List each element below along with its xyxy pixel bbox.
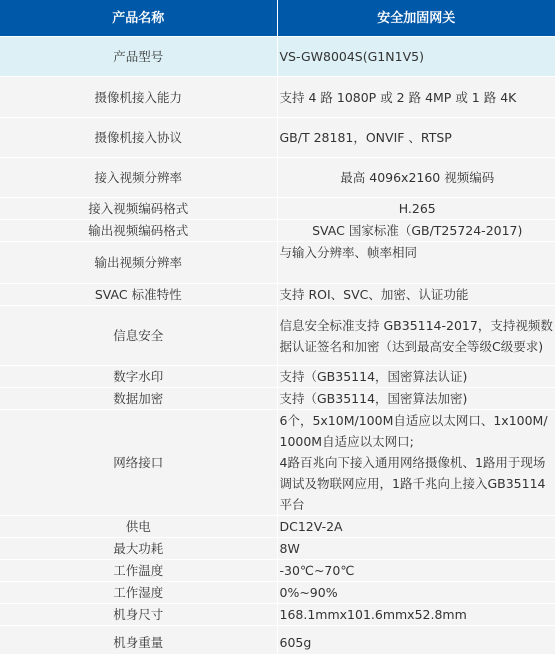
table-row: 工作温度 -30℃~70℃ <box>0 560 555 582</box>
row-value: 支持（GB35114，国密算法认证) <box>277 366 555 388</box>
row-label: 工作湿度 <box>0 582 277 604</box>
row-label: 输出视频编码格式 <box>0 220 277 242</box>
row-label: 网络接口 <box>0 410 277 516</box>
row-label: 工作温度 <box>0 560 277 582</box>
table-row: 数字水印 支持（GB35114，国密算法认证) <box>0 366 555 388</box>
header-product-name: 产品名称 <box>0 0 277 37</box>
table-header-row: 产品名称 安全加固网关 <box>0 0 555 37</box>
row-label: 接入视频编码格式 <box>0 198 277 220</box>
table-row: 接入视频编码格式 H.265 <box>0 198 555 220</box>
row-value: SVAC 国家标准（GB/T25724-2017) <box>277 220 555 242</box>
row-label: 信息安全 <box>0 306 277 366</box>
table-row: SVAC 标准特性 支持 ROI、SVC、加密、认证功能 <box>0 284 555 306</box>
table-row: 产品型号 VS-GW8004S(G1N1V5) <box>0 37 555 77</box>
row-label: 数据加密 <box>0 388 277 410</box>
row-value-line: 6个，5x10M/100M自适应以太网口、1x100M/1000M自适应以太网口… <box>280 410 555 452</box>
row-label: 最大功耗 <box>0 538 277 560</box>
table-row: 摄像机接入协议 GB/T 28181，ONVIF 、RTSP <box>0 118 555 158</box>
row-value: 支持（GB35114，国密算法加密) <box>277 388 555 410</box>
row-value: 支持 ROI、SVC、加密、认证功能 <box>277 284 555 306</box>
row-value: 8W <box>277 538 555 560</box>
row-value: 支持 4 路 1080P 或 2 路 4MP 或 1 路 4K <box>277 77 555 118</box>
table-row: 机身尺寸 168.1mmx101.6mmx52.8mm <box>0 604 555 626</box>
table-row: 最大功耗 8W <box>0 538 555 560</box>
row-label: 接入视频分辨率 <box>0 158 277 198</box>
row-value-line: 4路百兆向下接入通用网络摄像机、1路用于现场调试及物联网应用，1路千兆向上接入G… <box>280 452 555 515</box>
row-label: 机身重量 <box>0 626 277 654</box>
row-label: 输出视频分辨率 <box>0 242 277 284</box>
row-value: 605g <box>277 626 555 654</box>
table-row: 输出视频分辨率 与输入分辨率、帧率相同 <box>0 242 555 284</box>
row-label: SVAC 标准特性 <box>0 284 277 306</box>
row-label: 产品型号 <box>0 37 277 77</box>
row-value: 信息安全标准支持 GB35114-2017，支持视频数据认证签名和加密（达到最高… <box>277 306 555 366</box>
row-value: 168.1mmx101.6mmx52.8mm <box>277 604 555 626</box>
row-value: 与输入分辨率、帧率相同 <box>277 242 555 284</box>
row-value: GB/T 28181，ONVIF 、RTSP <box>277 118 555 158</box>
table-row: 信息安全 信息安全标准支持 GB35114-2017，支持视频数据认证签名和加密… <box>0 306 555 366</box>
row-label: 供电 <box>0 516 277 538</box>
row-label: 摄像机接入能力 <box>0 77 277 118</box>
row-label: 摄像机接入协议 <box>0 118 277 158</box>
table-row: 供电 DC12V-2A <box>0 516 555 538</box>
row-label: 机身尺寸 <box>0 604 277 626</box>
header-product-value: 安全加固网关 <box>277 0 555 37</box>
row-value: 6个，5x10M/100M自适应以太网口、1x100M/1000M自适应以太网口… <box>277 410 555 516</box>
table-row: 接入视频分辨率 最高 4096x2160 视频编码 <box>0 158 555 198</box>
table-row: 摄像机接入能力 支持 4 路 1080P 或 2 路 4MP 或 1 路 4K <box>0 77 555 118</box>
table-row: 网络接口 6个，5x10M/100M自适应以太网口、1x100M/1000M自适… <box>0 410 555 516</box>
row-label: 数字水印 <box>0 366 277 388</box>
row-value: VS-GW8004S(G1N1V5) <box>277 37 555 77</box>
row-value: 最高 4096x2160 视频编码 <box>277 158 555 198</box>
table-row: 输出视频编码格式 SVAC 国家标准（GB/T25724-2017) <box>0 220 555 242</box>
table-row: 工作湿度 0%~90% <box>0 582 555 604</box>
row-value: DC12V-2A <box>277 516 555 538</box>
table-row: 数据加密 支持（GB35114，国密算法加密) <box>0 388 555 410</box>
table-row: 机身重量 605g <box>0 626 555 654</box>
row-value: H.265 <box>277 198 555 220</box>
row-value: 0%~90% <box>277 582 555 604</box>
row-value: -30℃~70℃ <box>277 560 555 582</box>
spec-table: 产品名称 安全加固网关 产品型号 VS-GW8004S(G1N1V5) 摄像机接… <box>0 0 555 654</box>
